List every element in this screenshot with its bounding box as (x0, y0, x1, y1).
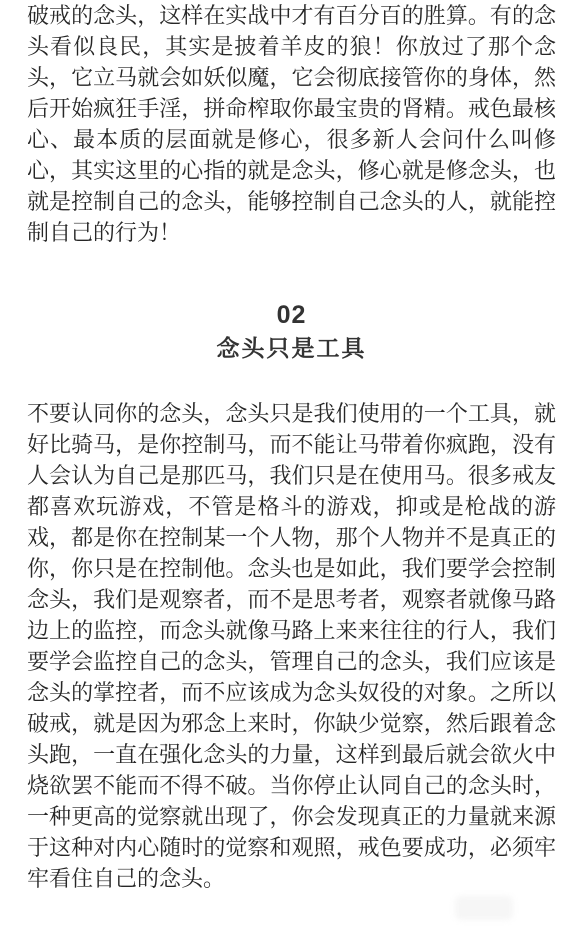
article-body: 破戒的念头，这样在实战中才有百分百的胜算。有的念头看似良民，其实是披着羊皮的狼！… (0, 0, 580, 894)
section-title: 念头只是工具 (27, 332, 556, 364)
paragraph-1: 破戒的念头，这样在实战中才有百分百的胜算。有的念头看似良民，其实是披着羊皮的狼！… (27, 0, 556, 248)
watermark-smudge (455, 896, 513, 920)
section-heading: 02 念头只是工具 (27, 300, 556, 364)
section-number: 02 (27, 300, 556, 330)
paragraph-2: 不要认同你的念头，念头只是我们使用的一个工具，就好比骑马，是你控制马，而不能让马… (27, 398, 556, 894)
